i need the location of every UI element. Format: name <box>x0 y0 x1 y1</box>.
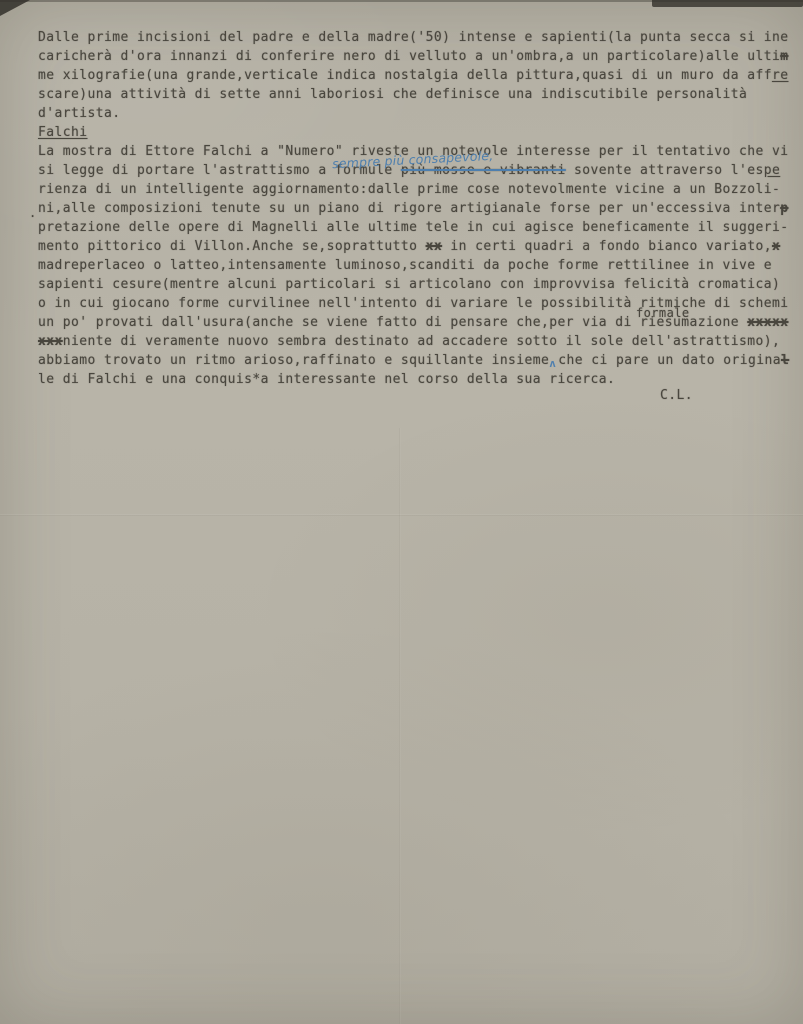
underlined-text: re <box>772 68 789 83</box>
scan-edge-top-right <box>652 0 803 7</box>
line-text: pretazione delle opere di Magnelli alle … <box>38 220 788 235</box>
typed-overstrike: p <box>780 201 788 216</box>
typescript-line: sempre più consapevole, si legge di port… <box>38 161 800 180</box>
line-text: abbiamo trovato un ritmo arioso,raffinat… <box>38 353 549 368</box>
line-text: in certi quadri a fondo bianco variato, <box>442 239 772 254</box>
line-text: caricherà d'ora innanzi di conferire ner… <box>38 49 780 64</box>
typescript-line: mento pittorico di Villon.Anche se,sopra… <box>38 237 800 256</box>
typescript-line: Dalle prime incisioni del padre e della … <box>38 28 800 47</box>
vertical-fold-crease <box>399 428 401 1024</box>
heading-text: Falchi <box>38 125 87 140</box>
line-text: Dalle prime incisioni del padre e della … <box>38 30 788 45</box>
typescript-line: madreperlaceo o latteo,intensamente lumi… <box>38 256 800 275</box>
line-text: sovente attraverso l'es <box>566 163 764 178</box>
underlined-text: pe <box>764 163 781 178</box>
typescript-line: . ni,alle composizioni tenute su un pian… <box>38 199 800 218</box>
typescript-line: formale un po' provati dall'usura(anche … <box>38 313 800 332</box>
line-text: ni,alle composizioni tenute su un piano … <box>38 201 780 216</box>
line-text: madreperlaceo o latteo,intensamente lumi… <box>38 258 772 273</box>
line-text: sapienti cesure(mentre alcuni particolar… <box>38 277 780 292</box>
typescript-line: d'artista. <box>38 104 800 123</box>
line-text: che ci pare un dato origina <box>558 353 781 368</box>
typed-overstrike: xx <box>426 239 443 254</box>
line-text: niente di veramente nuovo sembra destina… <box>63 334 780 349</box>
typed-overstrike: xxxxx <box>747 315 788 330</box>
typed-overstrike: xxx <box>38 334 63 349</box>
typescript-line: scare)una attività di sette anni laborio… <box>38 85 800 104</box>
typescript-line: abbiamo trovato un ritmo arioso,raffinat… <box>38 351 800 370</box>
typed-overstrike: x <box>772 239 780 254</box>
typescript-line: me xilografie(una grande,verticale indic… <box>38 66 800 85</box>
typescript-line: rienza di un intelligente aggiornamento:… <box>38 180 800 199</box>
scan-corner-top-left <box>0 0 30 16</box>
horizontal-fold-crease <box>0 514 803 516</box>
section-heading: Falchi <box>38 123 800 142</box>
signature-text: C.L. <box>660 388 693 403</box>
paper-sheet: Dalle prime incisioni del padre e della … <box>0 0 803 1024</box>
typescript-line: xxxniente di veramente nuovo sembra dest… <box>38 332 800 351</box>
typescript-line: pretazione delle opere di Magnelli alle … <box>38 218 800 237</box>
typescript-body: Dalle prime incisioni del padre e della … <box>38 28 800 405</box>
typed-overstrike: m <box>780 49 788 64</box>
typed-overstrike: l <box>781 353 789 368</box>
line-text: me xilografie(una grande,verticale indic… <box>38 68 772 83</box>
typescript-line: sapienti cesure(mentre alcuni particolar… <box>38 275 800 294</box>
stray-margin-mark: . <box>29 204 37 223</box>
typescript-line: caricherà d'ora innanzi di conferire ner… <box>38 47 800 66</box>
line-text: mento pittorico di Villon.Anche se,sopra… <box>38 239 426 254</box>
line-text: d'artista. <box>38 106 120 121</box>
line-text: le di Falchi e una conquis*a interessant… <box>38 372 615 387</box>
line-text: scare)una attività di sette anni laborio… <box>38 87 747 102</box>
line-text: rienza di un intelligente aggiornamento:… <box>38 182 780 197</box>
signature-initials: C.L. <box>38 386 800 405</box>
typed-insertion-above-line: formale <box>636 304 690 323</box>
